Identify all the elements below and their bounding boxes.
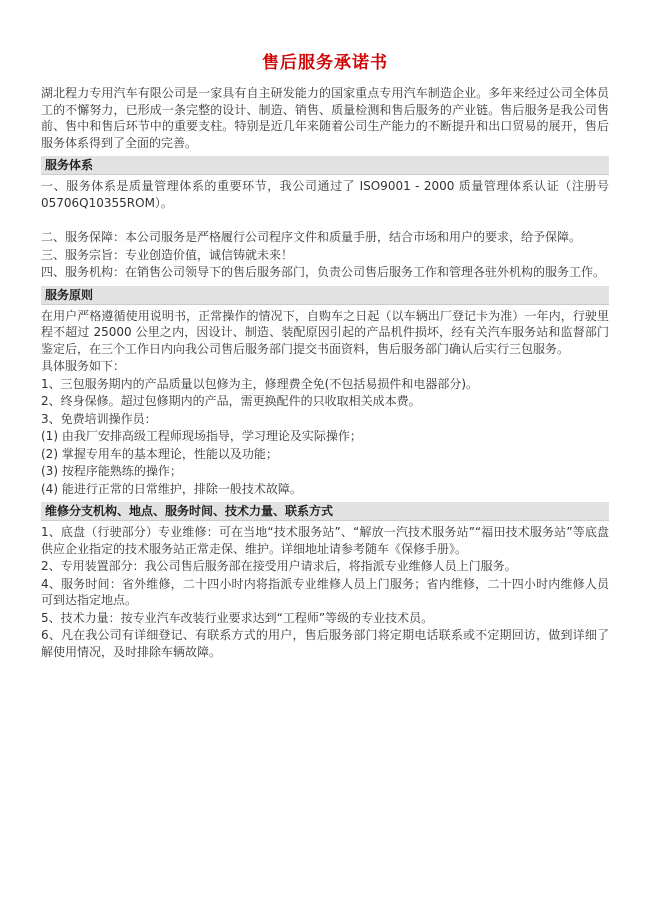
paragraph: (3) 按程序能熟练的操作；	[41, 463, 609, 480]
paragraph: 具体服务如下：	[41, 358, 609, 375]
paragraph: 1、底盘（行驶部分）专业维修：可在当地“技术服务站”、“解放一汽技术服务站”“福…	[41, 524, 609, 557]
section-heading: 服务原则	[41, 286, 609, 305]
paragraph: 4、服务时间：省外维修，二十四小时内将指派专业维修人员上门服务；省内维修，二十四…	[41, 576, 609, 609]
intro-paragraph: 湖北程力专用汽车有限公司是一家具有自主研发能力的国家重点专用汽车制造企业。多年来…	[41, 85, 609, 151]
paragraph: (4) 能进行正常的日常维护，排除一般技术故障。	[41, 481, 609, 498]
section-heading: 维修分支机构、地点、服务时间、技术力量、联系方式	[41, 502, 609, 521]
paragraph: 四、服务机构：在销售公司领导下的售后服务部门，负责公司售后服务工作和管理各驻外机…	[41, 264, 609, 281]
section-heading: 服务体系	[41, 156, 609, 175]
page-title: 售后服务承诺书	[41, 52, 609, 74]
paragraph: 2、专用装置部分：我公司售后服务部在接受用户请求后，将指派专业维修人员上门服务。	[41, 558, 609, 575]
paragraph: 一、服务体系是质量管理体系的重要环节，我公司通过了 ISO9001 - 2000…	[41, 178, 609, 211]
paragraph: 6、凡在我公司有详细登记、有联系方式的用户，售后服务部门将定期电话联系或不定期回…	[41, 627, 609, 660]
paragraph-spacer	[41, 212, 609, 229]
paragraph: (2) 掌握专用车的基本理论，性能以及功能；	[41, 446, 609, 463]
paragraph: 1、三包服务期内的产品质量以包修为主，修理费全免(不包括易损件和电器部分)。	[41, 376, 609, 393]
document: 售后服务承诺书 湖北程力专用汽车有限公司是一家具有自主研发能力的国家重点专用汽车…	[0, 0, 650, 660]
sections-container: 服务体系一、服务体系是质量管理体系的重要环节，我公司通过了 ISO9001 - …	[41, 156, 609, 660]
paragraph: 2、终身保修。超过包修期内的产品，需更换配件的只收取相关成本费。	[41, 393, 609, 410]
paragraph: 在用户严格遵循使用说明书，正常操作的情况下，自购车之日起（以车辆出厂登记卡为准）…	[41, 308, 609, 358]
paragraph: 5、技术力量：按专业汽车改装行业要求达到“工程师”等级的专业技术员。	[41, 610, 609, 627]
paragraph: 3、免费培训操作员：	[41, 411, 609, 428]
paragraph: (1) 由我厂安排高级工程师现场指导，学习理论及实际操作；	[41, 428, 609, 445]
paragraph: 二、服务保障：本公司服务是严格履行公司程序文件和质量手册，结合市场和用户的要求，…	[41, 229, 609, 246]
paragraph: 三、服务宗旨：专业创造价值，诚信铸就未来！	[41, 247, 609, 264]
